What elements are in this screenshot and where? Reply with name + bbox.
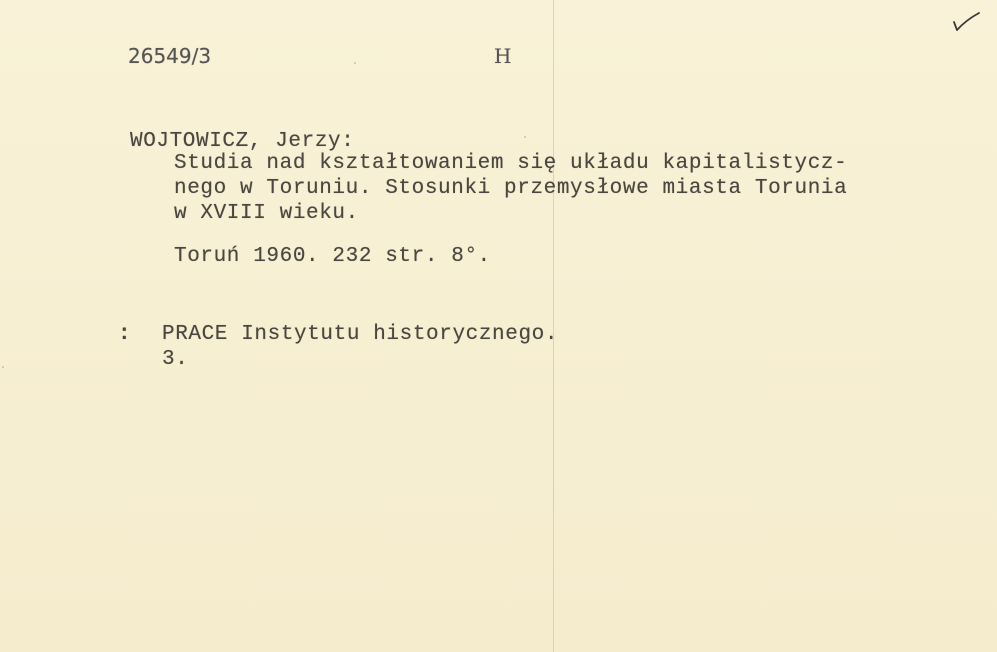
title-line: Studia nad kształtowaniem się układu kap… bbox=[174, 152, 847, 176]
series-bullet: : bbox=[118, 323, 131, 347]
series-statement: PRACE Instytutu historycznego. bbox=[162, 323, 558, 347]
call-number: 26549/3 bbox=[128, 44, 211, 68]
series-number: 3. bbox=[162, 348, 188, 372]
paper-speck bbox=[524, 136, 526, 138]
imprint: Toruń 1960. 232 str. 8°. bbox=[174, 245, 491, 269]
paper-speck bbox=[2, 366, 4, 368]
title-line: w XVIII wieku. bbox=[174, 202, 359, 226]
check-mark-icon bbox=[948, 8, 984, 34]
title-line: nego w Toruniu. Stosunki przemysłowe mia… bbox=[174, 177, 847, 201]
paper-speck bbox=[354, 62, 356, 64]
author-heading: WOJTOWICZ, Jerzy: bbox=[130, 130, 354, 154]
catalog-card: 26549/3 H WOJTOWICZ, Jerzy: Studia nad k… bbox=[0, 0, 997, 652]
location-mark: H bbox=[494, 44, 512, 68]
